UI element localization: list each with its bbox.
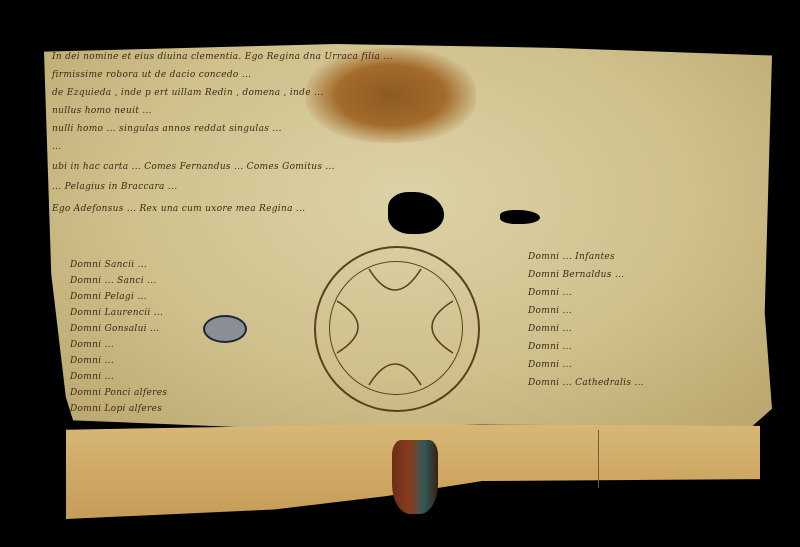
witness-left: Domni Laurencii ... [70,308,163,318]
witness-right: Domni ... [528,342,572,352]
charter-text-line: Ego Adefonsus ... Rex una cum uxore mea … [52,204,305,214]
fold-crease [598,430,599,488]
charter-text-line: firmissime robora ut de dacio concedo ..… [52,70,251,80]
archive-stamp-icon [203,315,247,343]
seal-cord [392,440,438,514]
charter-text-line: ... Pelagius in Braccara ... [52,182,177,192]
witness-left: Domni Ponci alferes [70,388,167,398]
witness-right: Domni ... Cathedralis ... [528,378,644,388]
parchment-hole [388,192,444,234]
rota-cross-icon [329,261,461,393]
charter-text-line: nulli homo ... singulas annos reddat sin… [52,124,282,134]
witness-right: Domni ... [528,306,572,316]
witness-right: Domni ... Infantes [528,252,615,262]
water-stain [306,48,476,143]
witness-left: Domni Lopi alferes [70,404,162,414]
witness-left: Domni Sancii ... [70,260,147,270]
charter-text-line: nullus homo neuit ... [52,106,152,116]
charter-text-line: ubi in hac carta ... Comes Fernandus ...… [52,162,335,172]
charter-text-line: ... [52,142,61,152]
charter-text-line: In dei nomine et eius diuina clementia. … [52,52,393,62]
witness-right: Domni Bernaldus ... [528,270,624,280]
charter-text-line: de Ezquieda , inde p ert uillam Redin , … [52,88,324,98]
witness-left: Domni Gonsalui ... [70,324,160,334]
witness-right: Domni ... [528,288,572,298]
witness-right: Domni ... [528,324,572,334]
witness-left: Domni Pelagi ... [70,292,147,302]
parchment-hole [500,210,540,224]
witness-right: Domni ... [528,360,572,370]
witness-left: Domni ... [70,356,114,366]
witness-left: Domni ... [70,372,114,382]
witness-left: Domni ... [70,340,114,350]
witness-left: Domni ... Sanci ... [70,276,157,286]
